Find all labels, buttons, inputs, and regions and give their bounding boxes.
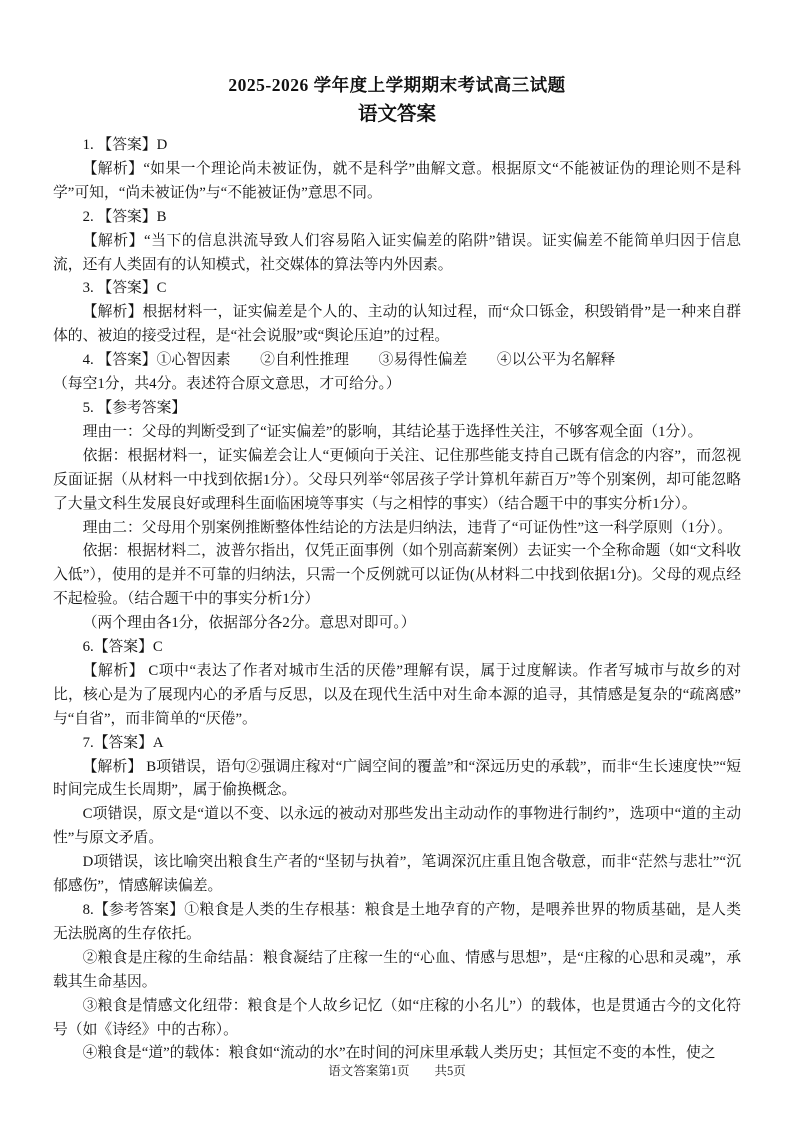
page-number-footer: 语文答案第1页 共5页	[0, 1062, 794, 1080]
q1-answer: 1. 【答案】D	[53, 134, 741, 158]
q7-analysis-c: C项错误，原文是“道以不变、以永远的被动对那些发出主动动作的事物进行制约”，选项…	[53, 803, 741, 851]
q8-point-2: ②粮食是庄稼的生命结晶：粮食凝结了庄稼一生的“心血、情感与思想”，是“庄稼的心思…	[53, 947, 741, 995]
q6-analysis: 【解析】 C项中“表达了作者对城市生活的厌倦”理解有误，属于过度解读。作者写城市…	[53, 660, 741, 732]
q1-analysis: 【解析】“如果一个理论尚未被证伪，就不是科学”曲解文意。根据原文“不能被证伪的理…	[53, 158, 741, 206]
q3-answer: 3. 【答案】C	[53, 277, 741, 301]
q5-reference-answer-heading: 5. 【参考答案】	[53, 397, 741, 421]
q6-answer: 6.【答案】C	[53, 636, 741, 660]
q5-score-note: （两个理由各1分，依据部分各2分。意思对即可。）	[53, 612, 741, 636]
q5-reason-1: 理由一：父母的判断受到了“证实偏差”的影响，其结论基于选择性关注，不够客观全面（…	[53, 421, 741, 445]
q3-analysis: 【解析】根据材料一，证实偏差是个人的、主动的认知过程，而“众口铄金，积毁销骨”是…	[53, 301, 741, 349]
q7-analysis-b: 【解析】 B项错误，语句②强调庄稼对“广阔空间的覆盖”和“深远历史的承载”，而非…	[53, 756, 741, 804]
exam-subtitle: 语文答案	[53, 101, 741, 127]
exam-answer-page: 2025-2026 学年度上学期期末考试高三试题 语文答案 1. 【答案】D 【…	[0, 0, 794, 1123]
q8-point-1: 8.【参考答案】①粮食是人类的生存根基：粮食是土地孕育的产物，是喂养世界的物质基…	[53, 899, 741, 947]
q2-analysis: 【解析】“当下的信息洪流导致人们容易陷入证实偏差的陷阱”错误。证实偏差不能简单归…	[53, 230, 741, 278]
q8-point-3: ③粮食是情感文化纽带：粮食是个人故乡记忆（如“庄稼的小名儿”）的载体，也是贯通古…	[53, 995, 741, 1043]
q5-basis-2: 依据：根据材料二，波普尔指出，仅凭正面事例（如个别高薪案例）去证实一个全称命题（…	[53, 540, 741, 612]
answer-body: 1. 【答案】D 【解析】“如果一个理论尚未被证伪，就不是科学”曲解文意。根据原…	[53, 134, 741, 1066]
q7-answer: 7.【答案】A	[53, 732, 741, 756]
q5-basis-1: 依据：根据材料一，证实偏差会让人“更倾向于关注、记住那些能支持自己既有信念的内容…	[53, 445, 741, 517]
q5-reason-2: 理由二：父母用个别案例推断整体性结论的方法是归纳法，违背了“可证伪性”这一科学原…	[53, 517, 741, 541]
q4-answer: 4. 【答案】①心智因素 ②自利性推理 ③易得性偏差 ④以公平为名解释	[53, 349, 741, 373]
q7-analysis-d: D项错误，该比喻突出粮食生产者的“坚韧与执着”，笔调深沉庄重且饱含敬意，而非“茫…	[53, 851, 741, 899]
q4-score-note: （每空1分，共4分。表述符合原文意思，才可给分。）	[53, 373, 741, 397]
q2-answer: 2. 【答案】B	[53, 206, 741, 230]
exam-title: 2025-2026 学年度上学期期末考试高三试题	[53, 73, 741, 97]
